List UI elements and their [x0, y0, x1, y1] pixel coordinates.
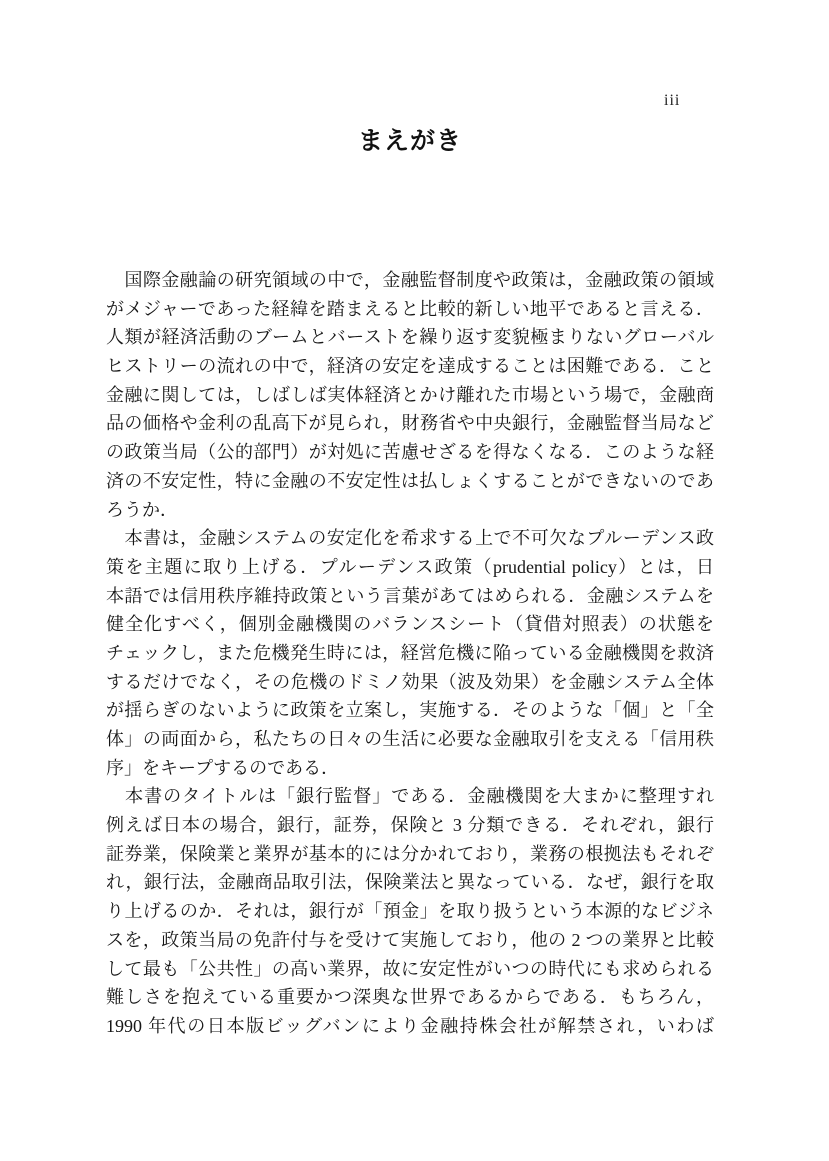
- body-line: 本書のタイトルは「銀行監督」である．金融機関を大まかに整理すれば，: [106, 782, 714, 811]
- body-line: 本書は，金融システムの安定化を希求する上で不可欠なプルーデンス政: [106, 524, 714, 553]
- body-line: がメジャーであった経緯を踏まえると比較的新しい地平であると言える．: [106, 295, 714, 324]
- body-line: 証券業，保険業と業界が基本的には分かれており，業務の根拠法もそれぞ: [106, 840, 714, 869]
- body-line: 1990 年代の日本版ビッグバンにより金融持株会社が解禁され，いわば: [106, 1012, 714, 1041]
- preface-body: 国際金融論の研究領域の中で，金融監督制度や政策は，金融政策の領域 がメジャーであ…: [106, 266, 714, 1041]
- body-line: 例えば日本の場合，銀行，証券，保険と 3 分類できる．それぞれ，銀行業，: [106, 811, 714, 840]
- body-line: して最も「公共性」の高い業界，故に安定性がいつの時代にも求められる: [106, 955, 714, 984]
- body-line: 序」をキープするのである．: [106, 754, 714, 783]
- body-line: ヒストリーの流れの中で，経済の安定を達成することは困難である．こと: [106, 352, 714, 381]
- body-line: チェックし，また危機発生時には，経営危機に陥っている金融機関を救済: [106, 639, 714, 668]
- body-line: 品の価格や金利の乱高下が見られ，財務省や中央銀行，金融監督当局など: [106, 409, 714, 438]
- body-line: 本語では信用秩序維持政策という言葉があてはめられる．金融システムを: [106, 582, 714, 611]
- body-line: れ，銀行法，金融商品取引法，保険業法と異なっている．なぜ，銀行を取: [106, 868, 714, 897]
- body-line: 済の不安定性，特に金融の不安定性は払しょくすることができないのであ: [106, 467, 714, 496]
- book-page: iii まえがき 国際金融論の研究領域の中で，金融監督制度や政策は，金融政策の領…: [0, 0, 829, 1161]
- body-line: 策を主題に取り上げる．プルーデンス政策（prudential policy）とは…: [106, 553, 714, 582]
- body-line: り上げるのか．それは，銀行が「預金」を取り扱うという本源的なビジネ: [106, 897, 714, 926]
- body-line: するだけでなく，その危機のドミノ効果（波及効果）を金融システム全体: [106, 668, 714, 697]
- body-line: 金融に関しては，しばしば実体経済とかけ離れた市場という場で，金融商: [106, 381, 714, 410]
- body-line: 体」の両面から，私たちの日々の生活に必要な金融取引を支える「信用秩: [106, 725, 714, 754]
- body-line: が揺らぎのないように政策を立案し，実施する．そのような「個」と「全: [106, 696, 714, 725]
- body-line: の政策当局（公的部門）が対処に苦慮せざるを得なくなる．このような経: [106, 438, 714, 467]
- body-line: 難しさを抱えている重要かつ深奥な世界であるからである．もちろん，: [106, 983, 714, 1012]
- body-line: 人類が経済活動のブームとバーストを繰り返す変貌極まりないグローバル: [106, 323, 714, 352]
- body-line: ろうか．: [106, 496, 714, 525]
- body-line: 健全化すべく，個別金融機関のバランスシート（貸借対照表）の状態を: [106, 610, 714, 639]
- preface-title: まえがき: [106, 127, 714, 156]
- body-line: 国際金融論の研究領域の中で，金融監督制度や政策は，金融政策の領域: [106, 266, 714, 295]
- page-number: iii: [664, 92, 680, 110]
- body-line: スを，政策当局の免許付与を受けて実施しており，他の 2 つの業界と比較: [106, 926, 714, 955]
